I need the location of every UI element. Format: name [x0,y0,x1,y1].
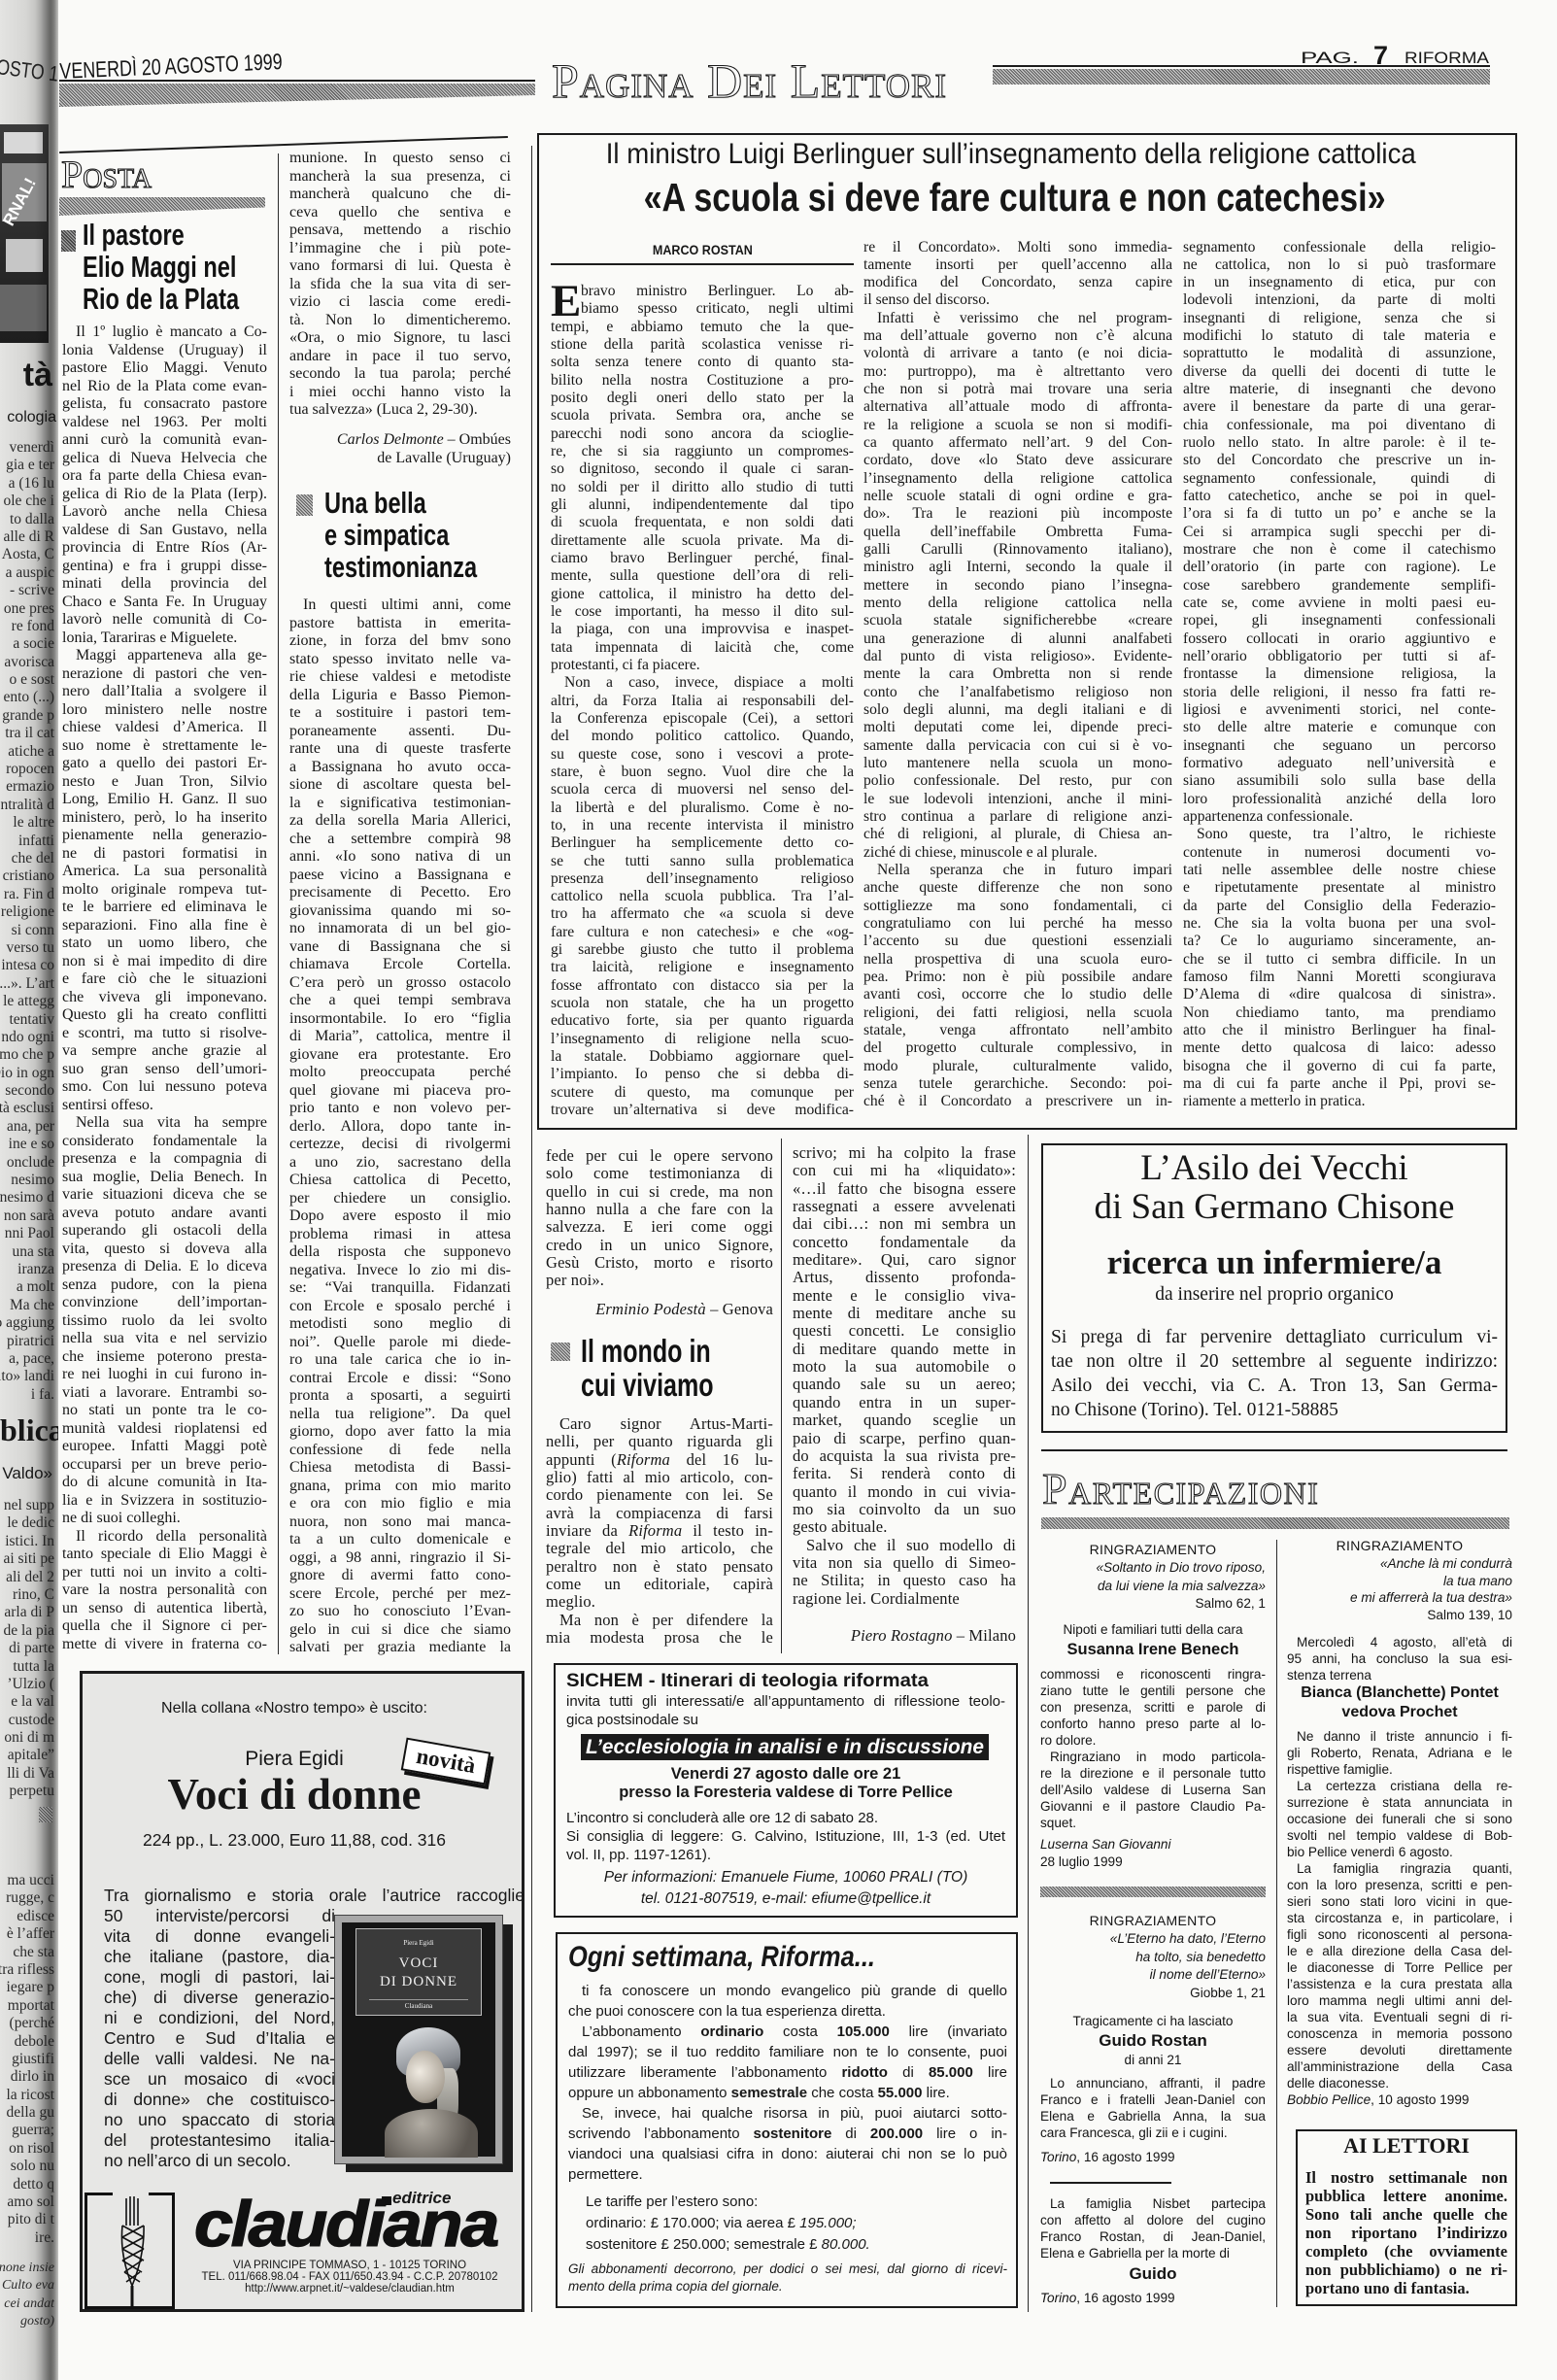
text-line: sieri sono stati loro vicini in que- [1287,1893,1512,1910]
text-line: pubblica lettere anonime. [1305,2187,1507,2205]
text-line: un senso di autentica libertà, [62,1600,267,1618]
text-line: fossero collocati in orario aggiuntivo e [1183,630,1496,648]
asilo-headline: ricerca un infermiere/a [1043,1243,1506,1282]
text-line: mette di vivere in fraterna co- [62,1636,267,1654]
text-line: do acquista la sua rivista pre- [793,1447,1016,1465]
text-line: l’impianto. Io penso che si debba di- [551,1066,854,1083]
notice-place-date: Torino, 16 agosto 1999 [1040,2290,1266,2307]
text-line: l’insegnamento di religione nella scuo- [551,1031,854,1048]
text-line: re la direzione e il personale tutto [1040,1765,1266,1782]
column-rule [781,1139,782,1653]
text-line: D’Alema di «dire qualcosa di sinistra». [1183,986,1496,1003]
text-line: no innamorata di un bel gio- [289,920,511,938]
text-line: Nella sua vita ha sempre [62,1114,267,1133]
text-line: no uno spaccato di storia [104,2110,335,2130]
notice-body: Ne danno il triste annuncio i fi-gli Rob… [1287,1728,1512,2091]
text-line: fosse affrontato con distacco sia per la [551,977,854,995]
text-line: nerazione di pastori che ven- [62,665,267,684]
text-line: vare la nostra personalità con [62,1581,267,1600]
text-line: cara Francesca, gli zii e i cugini. [1040,2125,1266,2141]
paragraph: La famiglia ringrazia quanti,con la loro… [1287,1860,1512,2091]
text-line: Le tariffe per l’estero sono: [586,2192,1003,2213]
text-line: ora fa parte della Chiesa evan- [62,467,267,486]
text-line: luto mantenere nella scuola un mono- [863,755,1172,772]
text-line: lonia, Tarariras e Miguelete. [62,629,267,648]
text-line: avanti così, occorre che lo studio delle [863,986,1172,1003]
text-line: precisamente di Pecetto. Ero [289,884,511,902]
text-line: rugge, c [0,1889,54,1907]
text-line: Infatti è verissimo che nel program- [863,310,1172,327]
text-line: dell’oratorio (in parte con ragione). Le [1183,559,1496,576]
text-line: segnamento confessionale, quindi di [1183,470,1496,488]
paragraph: L’incontro si concluderà alle ore 12 di … [566,1809,1005,1827]
paragraph: 50 interviste/percorsi divita di donne e… [104,1906,335,2171]
text-line: La famiglia Nisbet partecipa [1040,2195,1266,2212]
text-line: come un editoriale, capirà [546,1576,773,1593]
partecipazioni-title: Partecipazioni [1042,1467,1319,1512]
text-line: ma di cui fa parte anche il Ppi, provi s… [1183,1075,1496,1093]
text-line: che del [0,850,54,867]
text-line: Franco Rostan, di Jean-Daniel, [1040,2228,1266,2245]
text-line: gione cattolica, il ministro ha detto de… [551,586,854,603]
paragraph: munione. In questo senso cimancherà la s… [289,150,511,420]
text-line: che viveva gli imponevano. [62,989,267,1007]
text-line: tà. Non lo dimenticheremo. [289,312,511,330]
text-line: no stati un ponte tra le co- [62,1402,267,1420]
text-line: glio) fatti al mio articolo, con- [546,1469,773,1486]
text-line: gli Roberto, Renata, Adriana e le [1287,1745,1512,1761]
text-line: de Lavalle (Uruguay) [289,449,511,467]
paragraph: L’abbonamento ordinario costa 105.000 li… [568,2022,1007,2103]
text-line: - scrive [0,582,54,599]
text-line: Berlinguer ha semplicemente detto co- [551,834,854,852]
text-line: re, che si sia raggiunto un compromes- [551,443,854,460]
text-line: ropocen [0,761,54,778]
text-line: i fa. [0,1386,54,1404]
text-line: secondo [0,1082,54,1100]
text-line: stenza terrena [1287,1667,1512,1683]
magazine-covers-image: RNAL! [0,124,49,343]
text-line: Per informazioni: Emanuele Fiume, 10060 … [556,1867,1016,1888]
text-line: all’amministrazione della Casa [1287,2058,1512,2075]
notice-heading: RINGRAZIAMENTO [1287,1536,1512,1555]
text-line: direttamente alle scuola private. Ma di- [551,532,854,550]
text-line: bravo ministro Berlinguer. Lo ab- [551,283,854,300]
text-line: e ora con mio figlio e mia [289,1495,511,1513]
text-line: guerra; [0,2122,54,2139]
text-line: atiche a [0,743,54,761]
text-line: cattolico nella scuola pubblica. Tra l’a… [551,888,854,905]
text-line: frontasse la dimensione religiosa, la [1183,665,1496,683]
notice-body: commossi e riconoscenti ringra-ziano tut… [1040,1666,1266,1831]
text-line: L’abbonamento ordinario costa 105.000 li… [568,2022,1007,2042]
text-line: problema rimasi in attesa [289,1226,511,1244]
paragraph: Il ricordo della personalitàtanto specia… [62,1528,267,1654]
text-line: credo in un unico Signore, [546,1237,773,1254]
cover-publisher: Claudiana [369,1999,468,2012]
book-cover-image: Piera Egidi VOCI DI DONNE Claudiana [335,1916,502,2163]
text-line: la statale. Dobbiamo aggiornare quel- [551,1048,854,1066]
text-line: stione della parità scolastica venisse r… [551,336,854,354]
text-line: tempi, e abbiamo temuto che la que- [551,319,854,336]
text-line: congratuliamo con lui perché ha messo [863,915,1172,933]
spine-text-fragments: ma uccirugge, cedisceè l’afferche statra… [0,1872,54,2247]
text-line: ...». L’art [0,975,54,993]
text-line: TEL. 011/668.98.04 - FAX 011/650.43.94 -… [185,2271,515,2283]
text-line: cose sarebbero grandemente semplifi- [1183,577,1496,595]
paragraph: Infatti è verissimo che nel program-ma d… [863,310,1172,862]
text-line: i miei occhi hanno visto la [289,384,511,402]
text-line: appunti (Riforma del 16 lu- [546,1451,773,1469]
spine-text-fragments: venerdìgia e tera (16 luole che ito dall… [0,439,54,1404]
text-line: arla di P [0,1604,54,1621]
notice-benech: RINGRAZIAMENTO «Soltanto in Dio trovo ri… [1040,1540,1266,1871]
text-line: La famiglia ringrazia quanti, [1287,1860,1512,1877]
cover-block [4,132,43,153]
text-line: quando sale su un aereo; [793,1376,1016,1393]
text-line: vita di donne evangeli- [104,1926,335,1947]
text-line: senza tutele gerarchiche. Secondo: poi- [863,1075,1172,1093]
text-line: avrà la compiacenza di farsi [546,1505,773,1522]
text-line: one pres [0,600,54,618]
text-line: educativo forte, sia per quanto riguarda [551,1012,854,1030]
text-line: modifica del Concordato, senza capire [863,274,1172,291]
text-line: Il ricordo della personalità [62,1528,267,1547]
text-line: meglio. [546,1593,773,1611]
text-line: le cose importanti, ha messo il dito sul… [551,603,854,621]
text-line: meditare». Qui, caro signor [793,1251,1016,1269]
text-line: salvati per grazia mediante la [289,1639,511,1657]
article-column-3: segnamento confessionale della religio-n… [1183,239,1496,1111]
text-line: valdese di San Gustavo, nella [62,522,267,540]
text-line: scuola statale significherebbe «creare [863,612,1172,629]
text-line: quella dell’ineffabile Ombretta Fuma- [863,524,1172,541]
text-line: che insieme poterono presta- [62,1348,267,1367]
text-line: America. La sua personalità [62,863,267,881]
text-line: Venerdi 27 agosto dalle ore 21 [556,1765,1016,1784]
text-line: le sue lodevoli intenzioni, anche il min… [863,791,1172,808]
text-line: tata impennata di laicità che, come [551,639,854,657]
notice-date: 28 luglio 1999 [1040,1853,1266,1871]
text-line: di donne» che costituisco- [104,2090,335,2110]
text-line: di meditare quando mette in [793,1341,1016,1358]
text-line: l’insegnamento della religione cattolica [863,470,1172,488]
text-line: superando gli ostacoli della [62,1222,267,1241]
text-line: gelista, fu consacrato pastore [62,395,267,414]
riforma-ad-note: Gli abbonamenti decorrono, per dodici o … [568,2261,1007,2295]
text-line: suo gran senso dell’umori- [62,1061,267,1079]
text-line: utilizzare liberamente l’abbonamento rid… [568,2062,1007,2083]
text-line: quanto il mondo in cui vivia- [793,1483,1016,1501]
text-line: gelo in cui si dice che siamo [289,1621,511,1640]
text-line: ragione lei. Cordialmente [793,1590,1016,1608]
text-line: lodevoli intenzioni, da parte di molti [1183,291,1496,309]
text-line: tissimo ruolo da lei svolto [62,1312,267,1331]
paragraph: Mercoledì 4 agosto, all’età di95 anni, h… [1287,1634,1512,1683]
text-line: istici. In [0,1533,54,1550]
text-line: molti deputati come lei, dipende preci- [863,719,1172,736]
text-line: mente, sulla questione dell’ora di reli- [551,567,854,585]
header-band-left [59,84,535,107]
text-line: bio Pellice venerdì 6 agosto. [1287,1844,1512,1860]
headline-line: e simpatica [324,519,477,551]
notice-reference: Salmo 139, 10 [1287,1607,1512,1624]
text-line: che a settembre compirà 98 [289,831,511,849]
text-line: Gesù Cristo, morto e risorto [546,1254,773,1272]
letter-body-continued: munione. In questo senso cimancherà la s… [289,150,511,420]
text-line: nni Paol [0,1225,54,1242]
section-title: Pagina Dei Lettori [552,56,947,105]
paragraph: Ma non è per difendere lamia modesta pro… [546,1612,773,1648]
text-line: (perché [0,2015,54,2032]
text-line: Franco e i fratelli Jean-Daniel con [1040,2091,1266,2108]
notice-quote: «Anche là mi condurràla tua manoe mi aff… [1287,1555,1512,1607]
text-line: mancherà qualcuno che di- [289,186,511,204]
paragraph: Caro signor Artus-Marti-nelli, per quant… [546,1415,773,1612]
text-line: in un insegnamento di etica, pur con [1183,274,1496,291]
text-line: sottigliezze ma sono fondamentali, ci [863,898,1172,915]
text-line: re nei luoghi in cui furono in- [62,1366,267,1384]
text-line: ’Ulzio ( [0,1676,54,1693]
paragraph: fede per cui le opere servonosolo come t… [546,1147,773,1290]
deceased-name: vedova Prochet [1287,1703,1512,1722]
publisher-address: VIA PRINCIPE TOMMASO, 1 - 10125 TORINOTE… [185,2260,515,2295]
text-line: e la val [0,1693,54,1711]
text-line: posito degli oneri dello stato per la [551,390,854,407]
posta-title: Posta [61,155,152,194]
text-line: tae non oltre il 20 settembre al seguent… [1051,1349,1498,1374]
text-line: Si consiglia di leggere: G. Calvino, Ist… [566,1827,1005,1846]
notice-place-date: Bobbio Pellice, 10 agosto 1999 [1287,2091,1512,2109]
text-line: Artus, dissento profonda- [793,1269,1016,1286]
notice-quote: «L’Eterno ha dato, l’Eternoha tolto, sia… [1040,1930,1266,1985]
text-line: metodisti sono meglio di [289,1315,511,1334]
text-line: amo sol [0,2193,54,2211]
text-line: In questi ultimi anni, come [289,596,511,615]
notice-quote: «Soltanto in Dio trovo riposo,da lui vie… [1040,1559,1266,1595]
paragraph: ti fa conoscere un mondo evangelico più … [568,1981,1007,2022]
text-line: prio tanto e non volevo per- [289,1100,511,1118]
issue-date: VENERDÌ 20 AGOSTO 1999 [59,51,283,83]
text-line: figli sono riconoscenti al persona- [1287,1926,1512,1943]
asilo-body: Si prega di far pervenire dettagliato cu… [1051,1325,1498,1422]
text-line: tamente insorti per quell’accenno alla [863,256,1172,274]
publisher-logo: claudiana [194,2192,497,2256]
text-line: sce un mosaico di «voci [104,2069,335,2090]
text-line: minati della provincia del [62,575,267,594]
paragraph: La certezza cristiana della re-surrezion… [1287,1778,1512,1860]
text-line: ne di pastori formatisi in [62,845,267,864]
text-line: Salvo che il suo modello di [793,1537,1016,1554]
text-line: squet. [1040,1815,1266,1831]
text-line: concetto fondamentale da [793,1234,1016,1251]
text-line: quello in cui si crede, ma non [546,1183,773,1201]
text-line: ento (...) [0,689,54,706]
cover-block [0,285,47,331]
spine-small-fragment: Valdo» [0,1464,52,1483]
partecipazioni-band [1041,1517,1509,1529]
book-title: Voci di donne [83,1773,506,1817]
text-line: pea. Primo: non è più possibile andare [863,969,1172,986]
text-line: con la loro presenza, scritti e pen- [1287,1877,1512,1893]
text-line: gesto abituale. [793,1518,1016,1536]
text-line: suo nome è strettamente le- [62,737,267,756]
text-line: ziché di chiese, minuscole e al plurale. [863,844,1172,862]
text-line: nesimo [0,1172,54,1189]
text-line: l’assistenza e la cura prestata alla [1287,1976,1512,1992]
spine-big-fragment: blica [0,1412,49,1447]
text-line: lonia Valdense (Uruguay) il [62,342,267,360]
text-line: che puoi conoscere con la tua esperienza… [568,2001,1007,2022]
text-line: «Soltanto in Dio trovo riposo, [1040,1559,1266,1578]
notice-pontet: RINGRAZIAMENTO «Anche là mi condurràla t… [1287,1536,1512,2109]
publication-name: RIFORMA [1405,50,1489,66]
text-line: munione. In questo senso ci [289,150,511,168]
headline-line: testimonianza [324,551,477,583]
paragraph: Lo annunciano, affranti, il padreFranco … [1040,2075,1266,2141]
text-line: vizio ci lascia come eredi- [289,293,511,312]
text-line: Il 1º luglio è mancato a Co- [62,323,267,342]
text-line: se: “Vai tranquilla. Fidanzati [289,1279,511,1298]
text-line: fare cultura e non catechesi» e che «og- [551,924,854,941]
text-line: Culto eva [0,2277,54,2295]
text-line: loro ministero nelle nostre [62,701,267,720]
text-line: con affetto al dolore del cugino [1040,2212,1266,2228]
text-line: peraltro non è stato pensato [546,1558,773,1576]
text-line: mento della prima copia del giornale. [568,2278,1007,2295]
article-kicker: Il ministro Luigi Berlinguer sull’insegn… [605,138,1415,171]
text-line: scuola cerca di muoversi nel senso del- [551,781,854,799]
ai-lettori-title: AI LETTORI [1298,2133,1515,2159]
text-line: Sono queste, tra l’altro, le richieste [1183,826,1496,843]
text-line: l’ora si fa di tutto un po’ e anche se l… [1183,505,1496,523]
paragraph: Ne danno il triste annuncio i fi-gli Rob… [1287,1728,1512,1778]
book-series: Nella collana «Nostro tempo» è uscito: [83,1699,506,1718]
spine-big-fragment: tà [0,357,52,392]
headline-square-icon [61,230,76,252]
letter-headline: Una bella e simpatica testimonianza [324,487,477,583]
text-line: paese vicino a Bassignana e [289,867,511,885]
text-line: le e alla direzione della Casa del- [1287,1943,1512,1959]
text-line: da lui viene la mia salvezza» [1040,1578,1266,1596]
portrait-shoulder [385,2109,478,2158]
text-line: Lavorò anche nella Chiesa [62,503,267,522]
paragraph: scrivo; mi ha colpito la frasecon cui mi… [793,1144,1016,1537]
text-line: con presenza, scritti e parole di [1040,1699,1266,1716]
text-line: biamo spesso criticato, negli ultimi [551,300,854,318]
text-line: gelica di Nueva Helvecia che [62,450,267,468]
text-line: o e sost [0,671,54,689]
text-line: della Liguria e Basso Piemon- [289,687,511,705]
text-line: 50 interviste/percorsi di [104,1906,335,1926]
text-line: ta? Ce lo auguriamo sinceramente, an- [1183,933,1496,950]
text-line: per noi». [546,1272,773,1289]
text-line: cone, mogli di pastori, lai- [104,1967,335,1988]
text-line: giovane era protestante. Ero [289,1046,511,1065]
asilo-title: di San Germano Chisone [1043,1188,1506,1227]
text-line: quella che il Signore ci per- [62,1617,267,1636]
text-line: stato un uomo libero, che [62,935,267,953]
text-line: giorno, dopo aver fatto la mia [289,1423,511,1442]
letter-body: In questi ultimi anni, comepastore batti… [289,596,511,1657]
text-line: occuparsi per un breve perio- [62,1456,267,1475]
spine-date-fragment: OSTO 19 [0,54,58,88]
text-line: ministero, però, lo ha inserito [62,809,267,828]
text-line: giovanissima quando mi so- [289,902,511,921]
text-line: ntralità d [0,797,54,814]
text-line: di Maria”, cattolica, mentre il [289,1028,511,1046]
text-line: Il nostro settimanale non [1305,2168,1507,2187]
text-line: su queste cose, sono i vescovi a prote- [551,746,854,764]
notice-guido-rostan: RINGRAZIAMENTO «L’Eterno ha dato, l’Eter… [1040,1911,1266,2166]
text-line: edisce [0,1908,54,1925]
text-line: ine e so [0,1136,54,1153]
text-line: modo plurale, culturalmente valido, [863,1058,1172,1075]
text-line: gi sarebbe giusto che tutto il problema [551,941,854,959]
text-line: Lo annunciano, affranti, il padre [1040,2075,1266,2091]
text-line: do». Tra le reazioni più incomposte [863,505,1172,523]
text-line: te a sostituire i pastori tem- [289,704,511,723]
text-line: loro professionalità anziché della loro [1183,791,1496,808]
letter-signature: Erminio Podestà – Genova [546,1300,773,1319]
text-line: conforto hanno preso parte al lo- [1040,1716,1266,1732]
text-line: mente la cara Ombretta non si rende [863,665,1172,683]
text-line: sentirsi offeso. [62,1097,267,1115]
header-rule-left [59,80,535,82]
deceased-name: Guido Rostan [1040,2030,1266,2052]
text-line: loro mamma negli ultimi anni del- [1287,1992,1512,2009]
text-line: mportat [0,1997,54,2015]
text-line: convinzione dell’importan- [62,1294,267,1312]
text-line: e fare ciò che le situazioni [62,970,267,989]
publisher-logo-wrapper: claudiana [194,2192,472,2256]
text-line: segnamento confessionale della religio- [1183,239,1496,256]
text-line: lli di Va [0,1765,54,1783]
text-line: Ne danno il triste annuncio i fi- [1287,1728,1512,1745]
paragraph: Non a caso, invece, dispiace a moltialtr… [551,674,854,1119]
text-line: oppure un abbonamento semestrale che cos… [568,2083,1007,2103]
text-line: Giovanni e il pastore Claudio Pa- [1040,1798,1266,1815]
text-line: La certezza cristiana della re- [1287,1778,1512,1794]
text-line: Centro e Sud d’Italia e [104,2028,335,2049]
text-line: munità valdesi rioplatensi ed [62,1420,267,1439]
text-line: «Ora, o mio Signore, tu lasci [289,329,511,348]
notice-body: Lo annunciano, affranti, il padreFranco … [1040,2075,1266,2141]
text-line: Ma non è per difendere la [546,1612,773,1629]
text-line: a socie [0,635,54,653]
text-line: cei andat [0,2295,54,2313]
notice-body: La famiglia Nisbet partecipacon affetto … [1040,2195,1266,2261]
text-line: il nome dell’Eterno» [1040,1966,1266,1985]
text-line: Ringraziano in modo particola- [1040,1749,1266,1765]
paragraph: Sono queste, tra l’altro, le richiesteco… [1183,826,1496,1110]
text-line: moto la sua automobile o [793,1358,1016,1376]
text-line: sto del Concordato che prescrive un in- [1183,452,1496,469]
text-line: rispettive famiglie. [1287,1761,1512,1778]
text-line: rie chiese valdesi e metodiste [289,668,511,687]
headline-line: cui viviamo [581,1368,714,1402]
text-line: negativa. Invece lo zio mi dis- [289,1262,511,1280]
text-line: Mercoledì 4 agosto, all’età di [1287,1634,1512,1650]
column-rule [1028,1135,1029,2312]
paragraph: Salvo che il suo modello divita non sia … [793,1537,1016,1608]
book-blurb: Tra giornalismo e storia orale l’autrice… [104,1886,525,1906]
text-line: che italiane (pastore, dia- [104,1947,335,1967]
text-line: no aggiung [0,1314,54,1332]
notice-intro: Nipoti e familiari tutti della cara [1040,1621,1266,1639]
text-line: «L’Eterno ha dato, l’Eterno [1040,1930,1266,1949]
text-line: le diaconesse di Torre Pellice per [1287,1959,1512,1976]
